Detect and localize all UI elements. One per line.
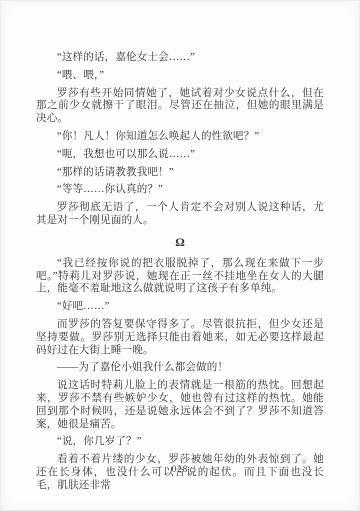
- paragraph: 罗莎有些开始同情她了，她试着对少女说点什么，但在那之前少女就擦干了眼泪。尽管还在…: [36, 88, 324, 126]
- page-number: 028: [0, 464, 360, 474]
- dialog-line: “等等……你认真的？”: [36, 184, 324, 197]
- scene-divider: Ω: [36, 235, 324, 249]
- dialog-line: ——为了嘉伦小姐我什么都会做的！: [36, 362, 324, 375]
- dialog-line: “说，你几岁了？”: [36, 436, 324, 449]
- dialog-line: “你！凡人！你知道怎么唤起人的性欲吧？”: [36, 131, 324, 144]
- dialog-line: “那样的话请教教我吧！”: [36, 167, 324, 180]
- book-page: “这样的话，嘉伦女士会……” “喂、喂，” 罗莎有些开始同情她了，她试着对少女说…: [0, 0, 360, 511]
- dialog-line: “呃，我想也可以那么说……”: [36, 149, 324, 162]
- paragraph: 罗莎彻底无语了，一个人肯定不会对别人说这种话，尤其是对一个刚见面的人。: [36, 202, 324, 228]
- paragraph: “我已经按你说的把衣服脱掉了，那么现在来做下一步吧。”特莉儿对罗莎说，她现在正一…: [36, 258, 324, 296]
- paragraph: 说这话时特莉儿脸上的表情就是一根筋的热忱。回想起来，罗莎不禁有些嫉妒少女，她也曾…: [36, 380, 324, 431]
- dialog-line: “喂、喂，”: [36, 70, 324, 83]
- dialog-line: “这样的话，嘉伦女士会……”: [36, 52, 324, 65]
- paragraph: 而罗莎的答复要保守得多了。尽管很抗拒，但少女还是坚持要做。罗莎别无选择只能由着她…: [36, 319, 324, 357]
- dialog-line: “好吧……”: [36, 301, 324, 314]
